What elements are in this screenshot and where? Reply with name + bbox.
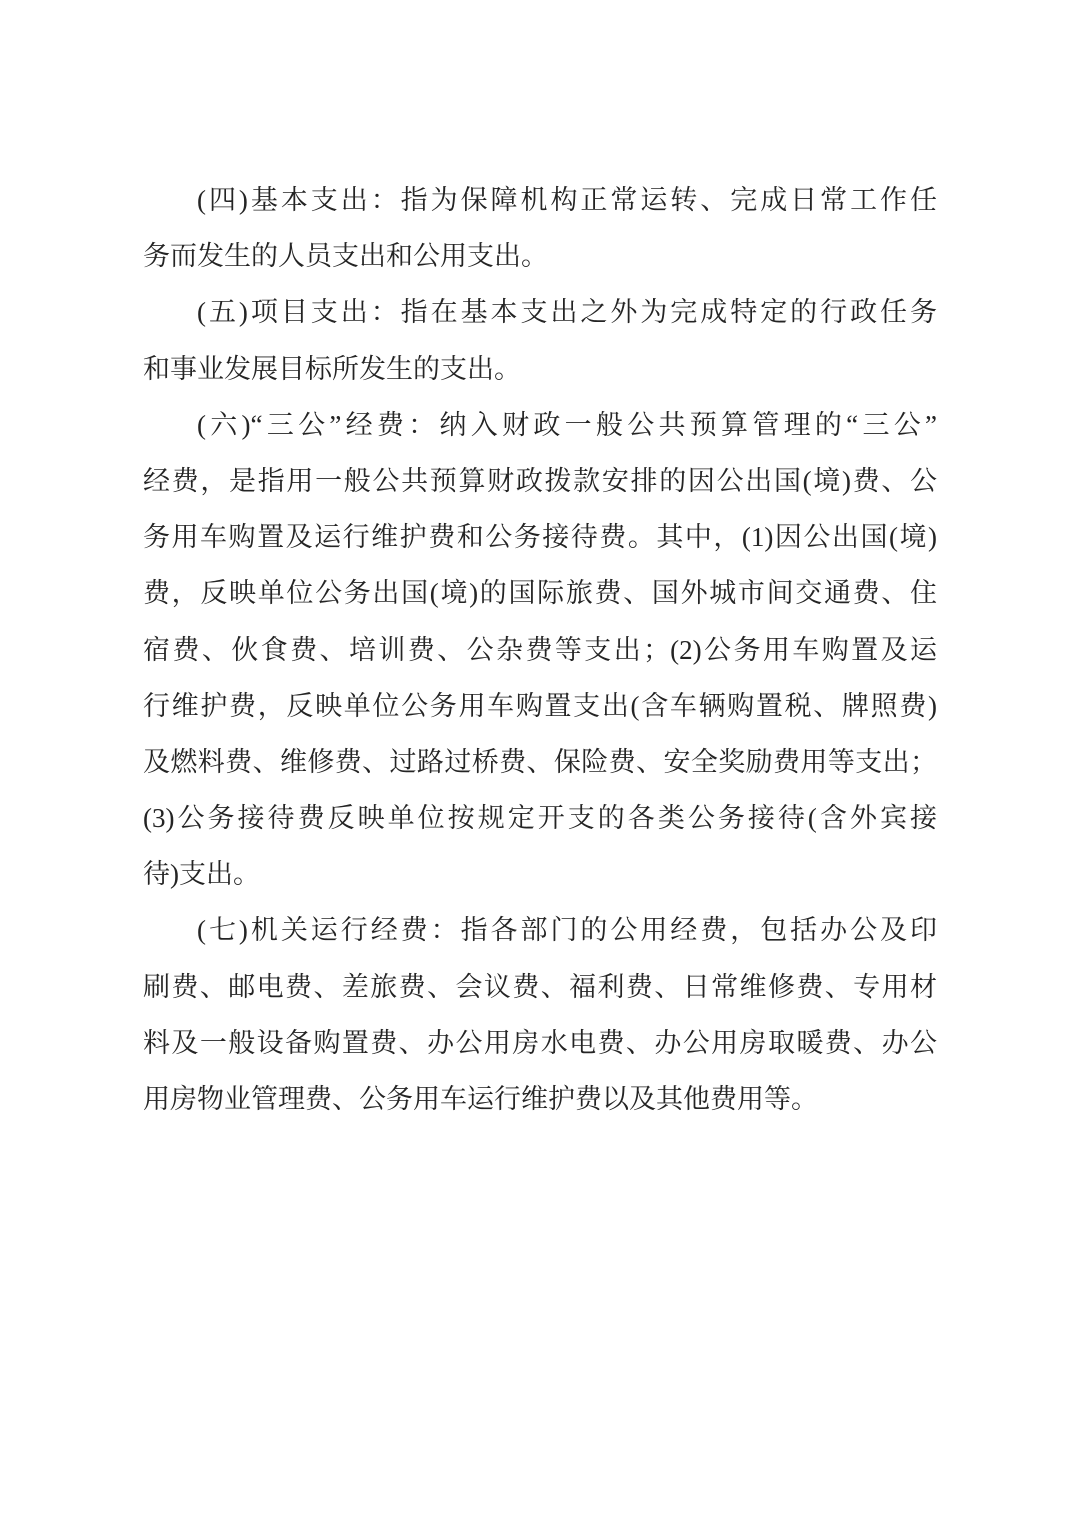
paragraph-project-expenditure: (五)项目支出：指在基本支出之外为完成特定的行政任务 和事业发展目标所发生的支出…	[143, 284, 937, 396]
text-line: (四)基本支出：指为保障机构正常运转、完成日常工作任	[143, 172, 937, 228]
text-line: 宿费、伙食费、培训费、公杂费等支出；(2)公务用车购置及运	[143, 622, 937, 678]
document-page: (四)基本支出：指为保障机构正常运转、完成日常工作任 务而发生的人员支出和公用支…	[0, 0, 1074, 1520]
text-line: 经费，是指用一般公共预算财政拨款安排的因公出国(境)费、公	[143, 453, 937, 509]
text-line: (七)机关运行经费：指各部门的公用经费，包括办公及印	[143, 902, 937, 958]
text-line: 料及一般设备购置费、办公用房水电费、办公用房取暖费、办公	[143, 1015, 937, 1071]
text-line: 和事业发展目标所发生的支出。	[143, 341, 937, 397]
text-line: 用房物业管理费、公务用车运行维护费以及其他费用等。	[143, 1071, 937, 1127]
document-body: (四)基本支出：指为保障机构正常运转、完成日常工作任 务而发生的人员支出和公用支…	[143, 172, 937, 1127]
paragraph-three-public-funds: (六)“三公”经费：纳入财政一般公共预算管理的“三公” 经费，是指用一般公共预算…	[143, 397, 937, 903]
text-line: 务而发生的人员支出和公用支出。	[143, 228, 937, 284]
text-line: (六)“三公”经费：纳入财政一般公共预算管理的“三公”	[143, 397, 937, 453]
text-line: 及燃料费、维修费、过路过桥费、保险费、安全奖励费用等支出；	[143, 734, 937, 790]
text-line: (五)项目支出：指在基本支出之外为完成特定的行政任务	[143, 284, 937, 340]
text-line: 刷费、邮电费、差旅费、会议费、福利费、日常维修费、专用材	[143, 959, 937, 1015]
text-line: 务用车购置及运行维护费和公务接待费。其中，(1)因公出国(境)	[143, 509, 937, 565]
paragraph-basic-expenditure: (四)基本支出：指为保障机构正常运转、完成日常工作任 务而发生的人员支出和公用支…	[143, 172, 937, 284]
text-line: 费，反映单位公务出国(境)的国际旅费、国外城市间交通费、住	[143, 565, 937, 621]
paragraph-agency-operating-costs: (七)机关运行经费：指各部门的公用经费，包括办公及印 刷费、邮电费、差旅费、会议…	[143, 902, 937, 1127]
text-line: (3)公务接待费反映单位按规定开支的各类公务接待(含外宾接	[143, 790, 937, 846]
text-line: 行维护费，反映单位公务用车购置支出(含车辆购置税、牌照费)	[143, 678, 937, 734]
text-line: 待)支出。	[143, 846, 937, 902]
